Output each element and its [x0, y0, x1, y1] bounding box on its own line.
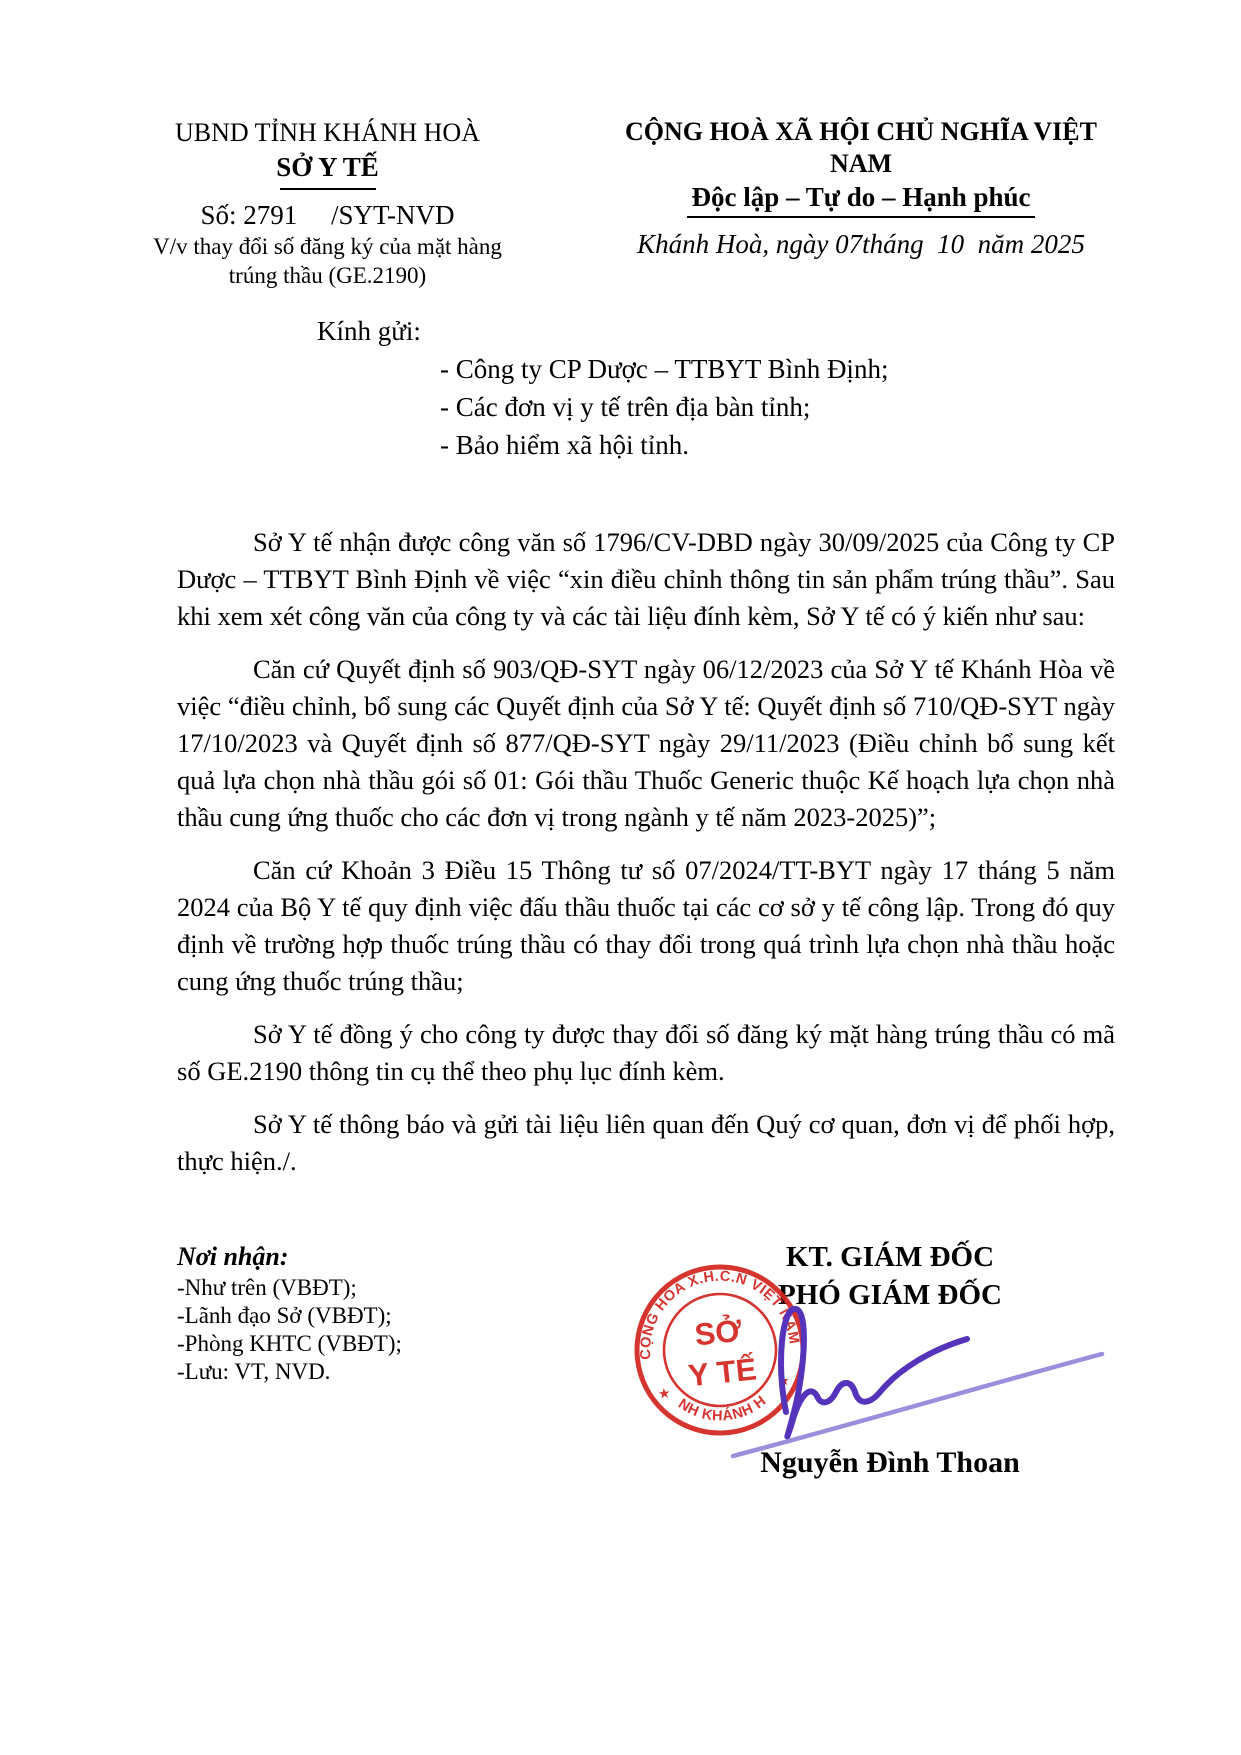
paragraph-4: Sở Y tế đồng ý cho công ty được thay đổi…: [177, 1016, 1115, 1090]
salutation-block: Kính gửi: - Công ty CP Dược – TTBYT Bình…: [177, 312, 1115, 464]
signature-underline-stroke: [733, 1354, 1102, 1456]
subject-line-2: trúng thầu (GE.2190): [105, 261, 550, 290]
salutation-label: Kính gửi:: [317, 312, 1115, 350]
letter-body: Kính gửi: - Công ty CP Dược – TTBYT Bình…: [0, 312, 1241, 1180]
recipient-line-1: - Công ty CP Dược – TTBYT Bình Định;: [440, 350, 1115, 388]
department-name: SỞ Y TẾ: [105, 150, 550, 184]
paragraph-5: Sở Y tế thông báo và gửi tài liệu liên q…: [177, 1106, 1115, 1180]
noi-nhan-label: Nơi nhận:: [177, 1240, 402, 1274]
agency-name: UBND TỈNH KHÁNH HOÀ: [105, 116, 550, 150]
paragraph-3: Căn cứ Khoản 3 Điều 15 Thông tư số 07/20…: [177, 852, 1115, 1000]
recipient-line-3: - Bảo hiểm xã hội tỉnh.: [440, 426, 1115, 464]
paragraph-2: Căn cứ Quyết định số 903/QĐ-SYT ngày 06/…: [177, 651, 1115, 836]
official-letter-page: UBND TỈNH KHÁNH HOÀ SỞ Y TẾ Số: 2791 /SY…: [0, 0, 1241, 1755]
national-motto: Độc lập – Tự do – Hạnh phúc: [687, 182, 1034, 218]
handwritten-signature: [700, 1280, 1200, 1560]
noi-nhan-block: Nơi nhận: -Như trên (VBĐT); -Lãnh đạo Sở…: [177, 1240, 402, 1386]
department-underline: [280, 188, 376, 190]
noi-nhan-item-1: -Như trên (VBĐT);: [177, 1274, 402, 1302]
noi-nhan-item-3: -Phòng KHTC (VBĐT);: [177, 1330, 402, 1358]
issuing-agency-block: UBND TỈNH KHÁNH HOÀ SỞ Y TẾ Số: 2791 /SY…: [105, 116, 550, 290]
noi-nhan-item-4: -Lưu: VT, NVD.: [177, 1358, 402, 1386]
stamp-star-left-icon: ★: [657, 1386, 671, 1402]
national-header-block: CỘNG HOÀ XÃ HỘI CHỦ NGHĨA VIỆT NAM Độc l…: [605, 116, 1117, 290]
recipient-line-2: - Các đơn vị y tế trên địa bàn tỉnh;: [440, 388, 1115, 426]
signer-name: Nguyễn Đình Thoan: [700, 1446, 1080, 1480]
place-date-line: Khánh Hoà, ngày 07tháng 10 năm 2025: [605, 227, 1117, 261]
paragraph-1: Sở Y tế nhận được công văn số 1796/CV-DB…: [177, 524, 1115, 635]
national-title: CỘNG HOÀ XÃ HỘI CHỦ NGHĨA VIỆT NAM: [605, 116, 1117, 180]
letter-header: UBND TỈNH KHÁNH HOÀ SỞ Y TẾ Số: 2791 /SY…: [0, 0, 1241, 290]
document-number: Số: 2791 /SYT-NVD: [105, 198, 550, 232]
subject-line-1: V/v thay đổi số đăng ký của mặt hàng: [105, 232, 550, 261]
noi-nhan-item-2: -Lãnh đạo Sở (VBĐT);: [177, 1302, 402, 1330]
